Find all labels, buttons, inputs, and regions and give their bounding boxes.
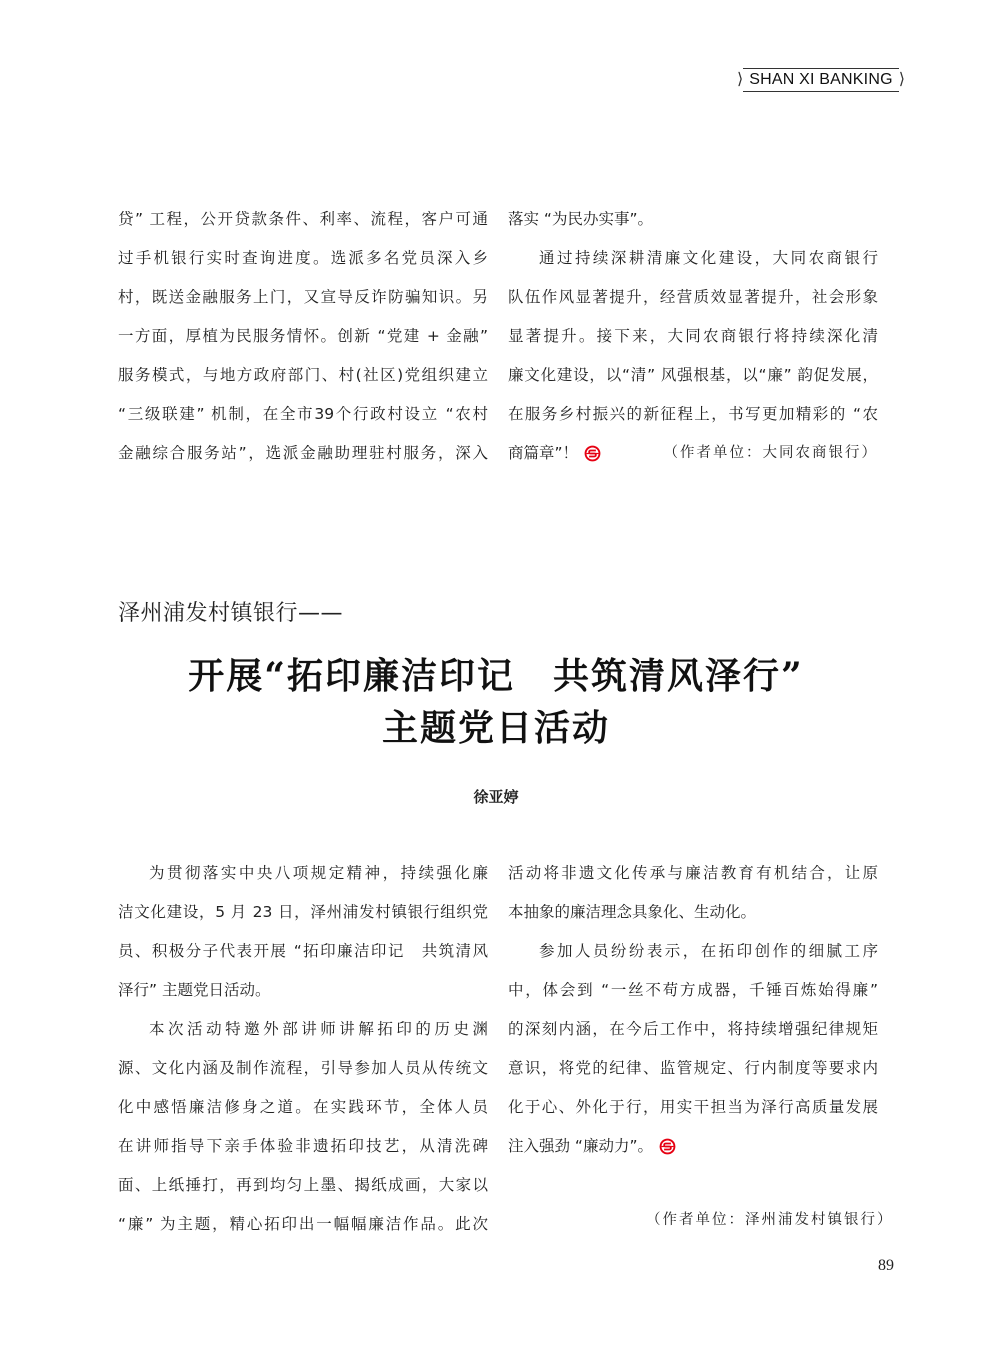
running-head-title: SHAN XI BANKING	[743, 68, 898, 92]
closing-line: 注入强劲 “廉动力”。	[508, 1127, 878, 1166]
article2-right-column: 活动将非遗文化传承与廉洁教育有机结合，让原 本抽象的廉洁理念具象化、生动化。 参…	[508, 854, 878, 1166]
text-line: 的深刻内涵，在今后工作中，将持续增强纪律规矩	[508, 1010, 878, 1049]
text-line: 商篇章”！	[508, 434, 578, 473]
text-line: 在讲师指导下亲手体验非遗拓印技艺，从清洗碑	[118, 1127, 488, 1166]
text-line: 注入强劲 “廉动力”。	[508, 1127, 653, 1166]
text-line: 化于心、外化于行，用实干担当为泽行高质量发展	[508, 1088, 878, 1127]
page-number: 89	[878, 1257, 894, 1275]
text-line: 意识，将党的纪律、监管规定、行内制度等要求内	[508, 1049, 878, 1088]
running-head: ⟩ SHAN XI BANKING ⟩	[737, 68, 905, 92]
text-line: 中，体会到 “一丝不苟方成器，千锤百炼始得廉”	[508, 971, 878, 1010]
article-author: 徐亚婷	[0, 786, 992, 807]
text-line: 村，既送金融服务上门，又宣导反诈防骗知识。另	[118, 278, 488, 317]
text-line: 源、文化内涵及制作流程，引导参加人员从传统文	[118, 1049, 488, 1088]
article-kicker: 泽州浦发村镇银行——	[118, 596, 343, 627]
closing-line: 商篇章”！ （作者单位：大同农商银行）	[508, 434, 878, 473]
text-line: 贷” 工程，公开贷款条件、利率、流程，客户可通	[118, 200, 488, 239]
text-line: 洁文化建设，5 月 23 日，泽州浦发村镇银行组织党	[118, 893, 488, 932]
article1-left-column: 贷” 工程，公开贷款条件、利率、流程，客户可通 过手机银行实时查询进度。选派多名…	[118, 200, 488, 473]
right-bracket-ornament: ⟩	[899, 69, 905, 91]
text-line: “三级联建” 机制，在全市39个行政村设立 “农村	[118, 395, 488, 434]
text-line: 服务模式，与地方政府部门、村(社区)党组织建立	[118, 356, 488, 395]
paragraph-first-line: 为贯彻落实中央八项规定精神，持续强化廉	[118, 854, 488, 893]
text-line: 落实 “为民办实事”。	[508, 200, 878, 239]
text-line: 一方面，厚植为民服务情怀。创新 “党建 + 金融”	[118, 317, 488, 356]
text-line: “廉” 为主题，精心拓印出一幅幅廉洁作品。此次	[118, 1205, 488, 1244]
text-line: 化中感悟廉洁修身之道。在实践环节，全体人员	[118, 1088, 488, 1127]
text-line: 显著提升。接下来，大同农商银行将持续深化清	[508, 317, 878, 356]
author-affiliation: （作者单位：泽州浦发村镇银行）	[646, 1208, 894, 1229]
text-line: 金融综合服务站”，选派金融助理驻村服务，深入	[118, 434, 488, 473]
text-line: 在服务乡村振兴的新征程上，书写更加精彩的 “农	[508, 395, 878, 434]
text-line: 活动将非遗文化传承与廉洁教育有机结合，让原	[508, 854, 878, 893]
text-line: 队伍作风显著提升，经营质效显著提升，社会形象	[508, 278, 878, 317]
text-line: 面、上纸捶打，再到均匀上墨、揭纸成画，大家以	[118, 1166, 488, 1205]
author-affiliation: （作者单位：大同农商银行）	[664, 434, 879, 473]
paragraph-first-line: 本次活动特邀外部讲师讲解拓印的历史渊	[118, 1010, 488, 1049]
text-line: 过手机银行实时查询进度。选派多名党员深入乡	[118, 239, 488, 278]
article2-left-column: 为贯彻落实中央八项规定精神，持续强化廉 洁文化建设，5 月 23 日，泽州浦发村…	[118, 854, 488, 1244]
text-line: 泽行” 主题党日活动。	[118, 971, 488, 1010]
text-line: 本抽象的廉洁理念具象化、生动化。	[508, 893, 878, 932]
seal-icon	[584, 445, 601, 462]
article-title-line2: 主题党日活动	[0, 700, 992, 751]
seal-icon	[659, 1138, 676, 1155]
text-line: 员、积极分子代表开展 “拓印廉洁印记 共筑清风	[118, 932, 488, 971]
paragraph-first-line: 通过持续深耕清廉文化建设，大同农商银行	[508, 239, 878, 278]
paragraph-first-line: 参加人员纷纷表示，在拓印创作的细腻工序	[508, 932, 878, 971]
text-line: 廉文化建设，以“清” 风强根基，以“廉” 韵促发展，	[508, 356, 878, 395]
magazine-page: ⟩ SHAN XI BANKING ⟩ 贷” 工程，公开贷款条件、利率、流程，客…	[0, 0, 992, 1346]
article-title-line1: 开展“拓印廉洁印记 共筑清风泽行”	[0, 648, 992, 699]
article1-right-column: 落实 “为民办实事”。 通过持续深耕清廉文化建设，大同农商银行 队伍作风显著提升…	[508, 200, 878, 473]
